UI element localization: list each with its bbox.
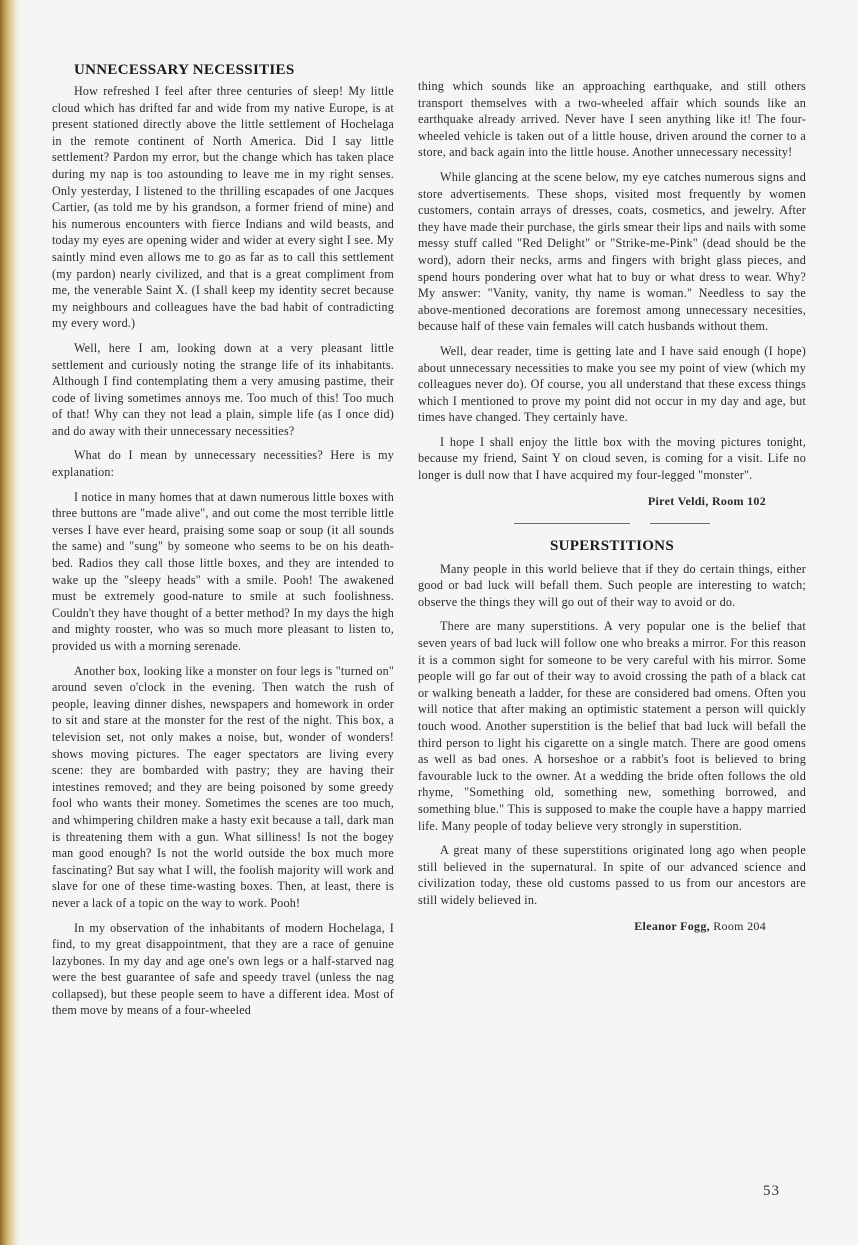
article-paragraph: How refreshed I feel after three centuri… bbox=[52, 83, 394, 332]
article-paragraph: I hope I shall enjoy the little box with… bbox=[418, 434, 806, 484]
divider-rule bbox=[650, 523, 710, 524]
right-column: thing which sounds like an approaching e… bbox=[418, 78, 806, 948]
left-column: UNNECESSARY NECESSITIES How refreshed I … bbox=[52, 62, 394, 1027]
article-paragraph: I notice in many homes that at dawn nume… bbox=[52, 489, 394, 655]
article-paragraph: What do I mean by unnecessary necessitie… bbox=[52, 447, 394, 480]
article-paragraph: Well, dear reader, time is getting late … bbox=[418, 343, 806, 426]
article-paragraph: Many people in this world believe that i… bbox=[418, 561, 806, 611]
magazine-page: UNNECESSARY NECESSITIES How refreshed I … bbox=[0, 0, 858, 1245]
divider-rule bbox=[514, 523, 630, 524]
article-paragraph: While glancing at the scene below, my ey… bbox=[418, 169, 806, 335]
author-room: Room 102 bbox=[712, 494, 766, 508]
author-name: Eleanor Fogg, bbox=[634, 919, 710, 933]
page-number: 53 bbox=[763, 1183, 780, 1200]
author-name: Piret Veldi, bbox=[648, 494, 709, 508]
article-paragraph: Another box, looking like a monster on f… bbox=[52, 663, 394, 912]
article-paragraph: A great many of these superstitions orig… bbox=[418, 842, 806, 908]
author-room: Room 204 bbox=[713, 919, 766, 933]
article-paragraph: Well, here I am, looking down at a very … bbox=[52, 340, 394, 440]
article-paragraph: In my observation of the inhabitants of … bbox=[52, 920, 394, 1020]
article-title-unnecessary-necessities: UNNECESSARY NECESSITIES bbox=[52, 62, 394, 79]
article-paragraph: There are many superstitions. A very pop… bbox=[418, 618, 806, 834]
article-paragraph-continued: thing which sounds like an approaching e… bbox=[418, 78, 806, 161]
author-signature: Eleanor Fogg, Room 204 bbox=[418, 919, 766, 934]
author-signature: Piret Veldi, Room 102 bbox=[418, 494, 766, 509]
section-divider bbox=[418, 523, 806, 524]
article-title-superstitions: SUPERSTITIONS bbox=[418, 538, 806, 555]
